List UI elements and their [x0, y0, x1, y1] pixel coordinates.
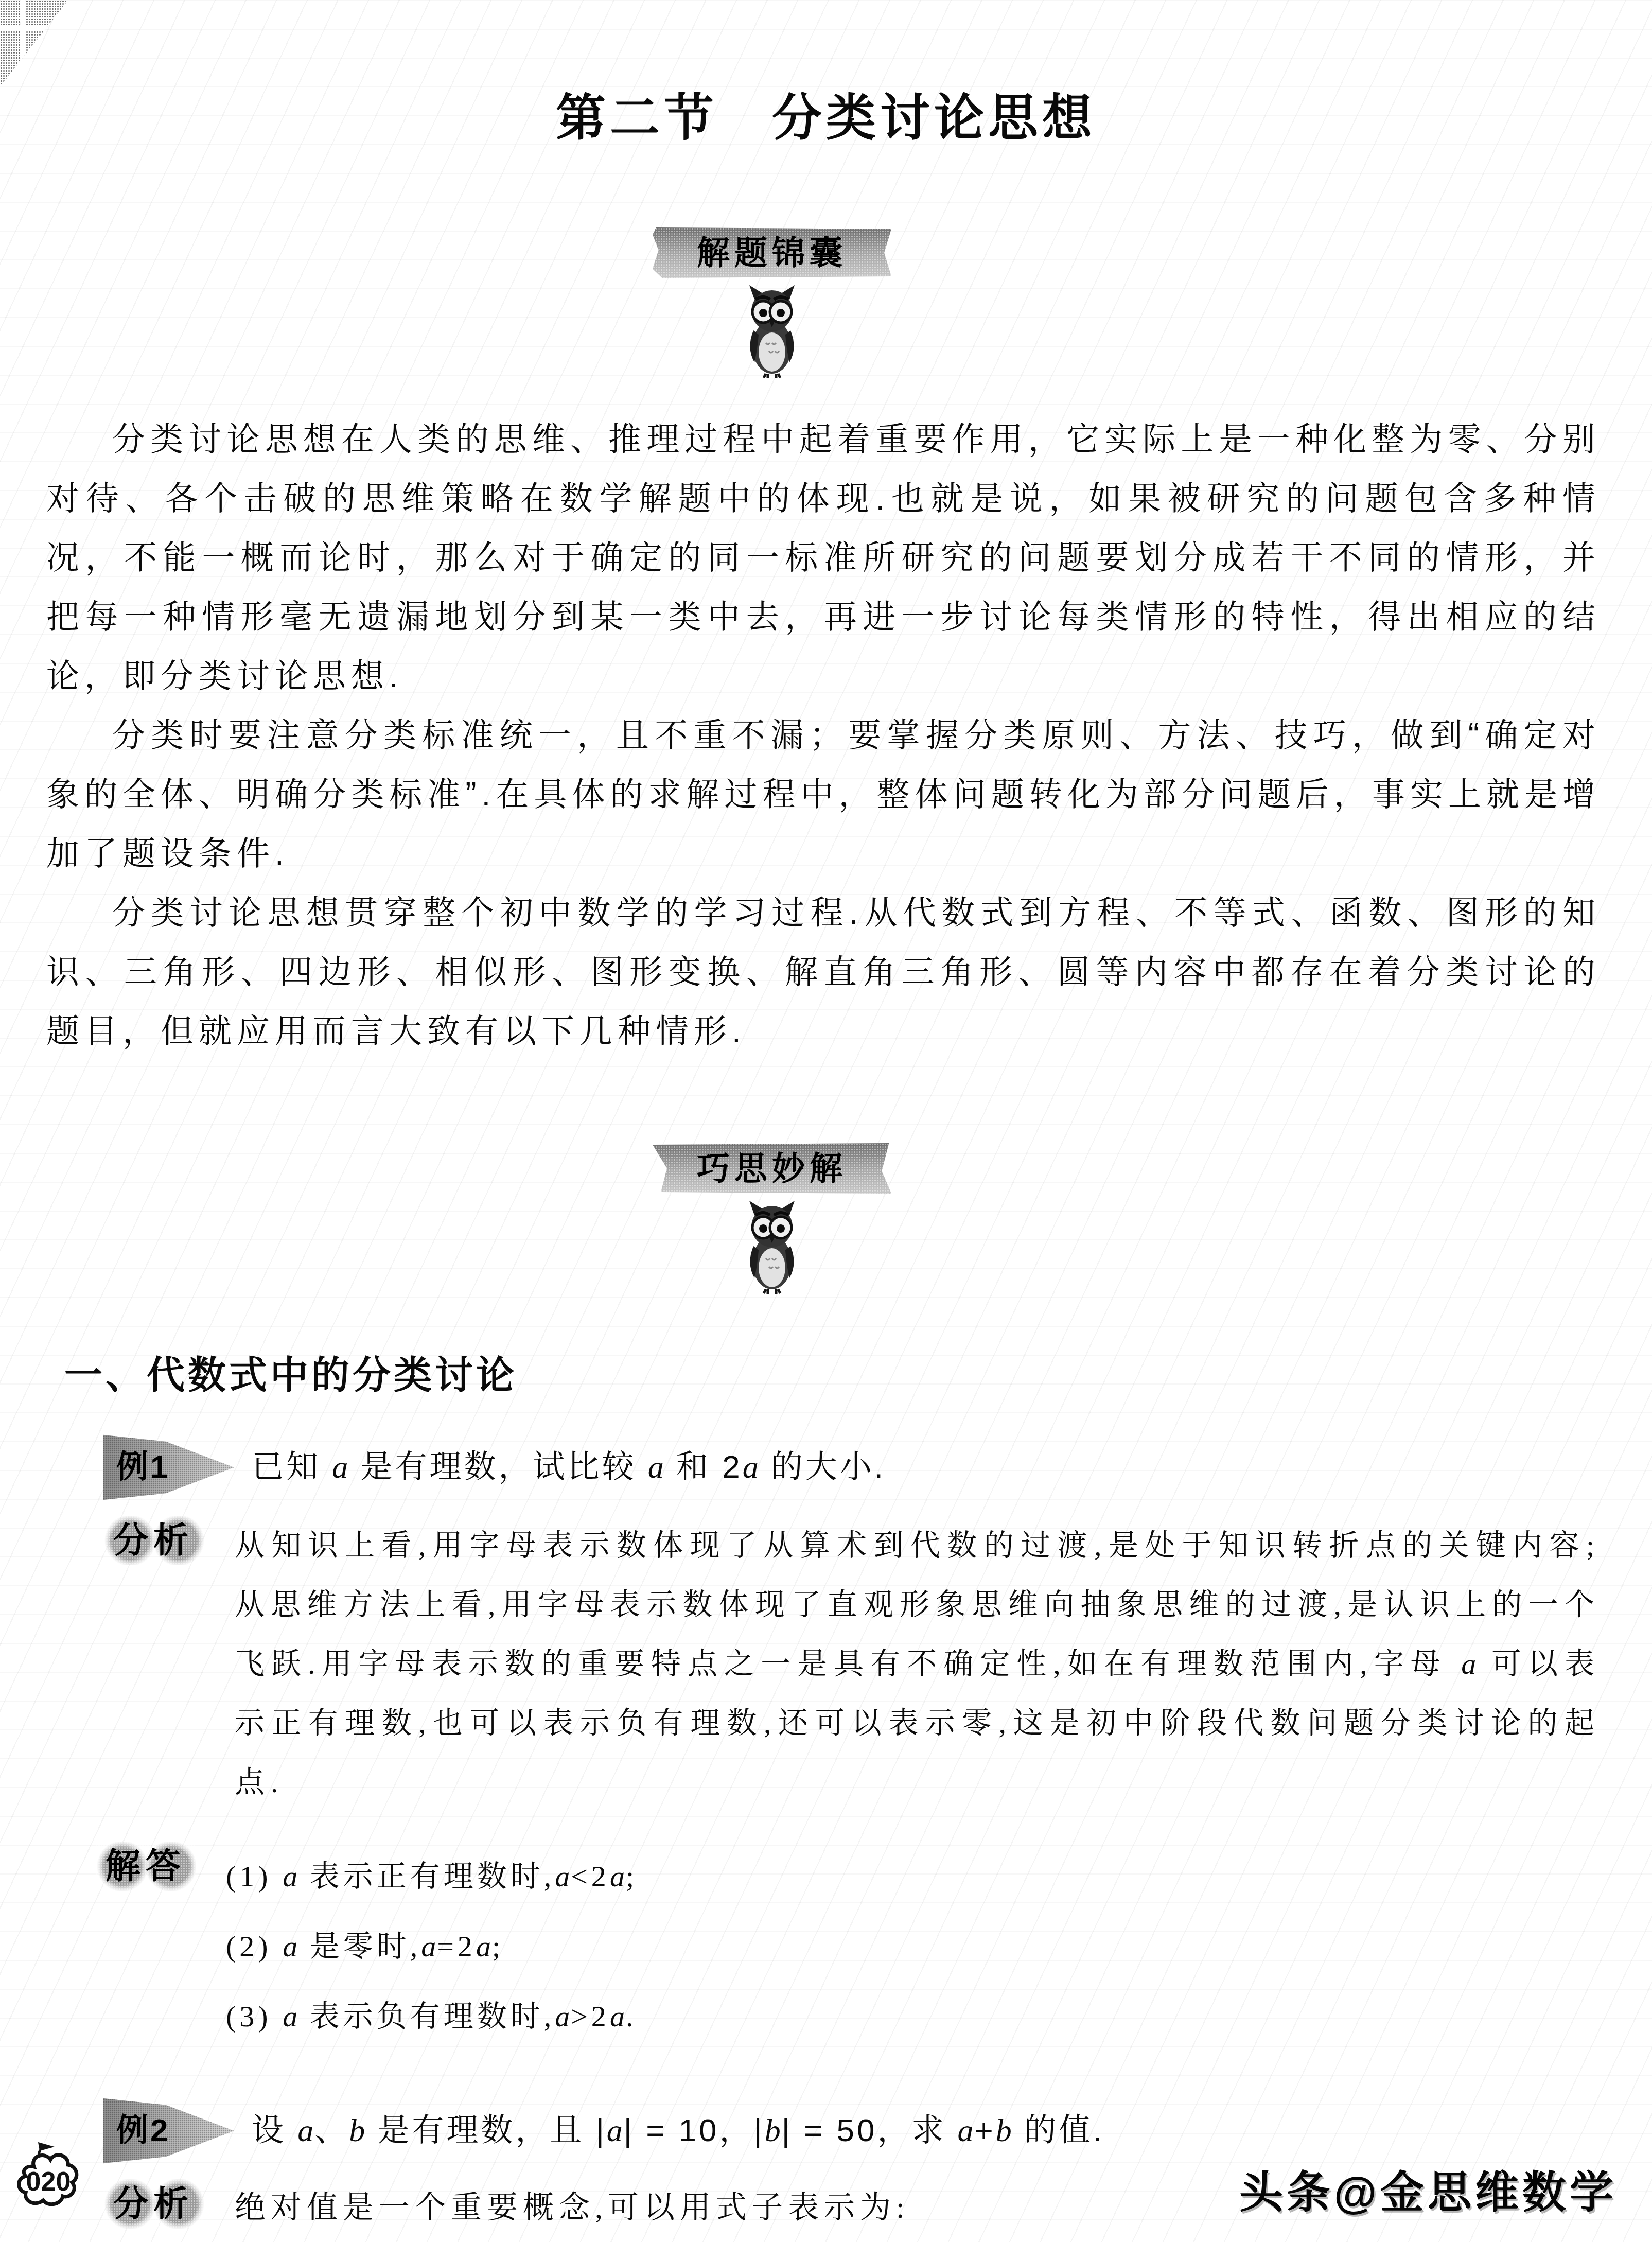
math-var: b: [349, 2113, 366, 2148]
page-number: 020: [26, 2167, 71, 2197]
analysis-badge: 分析: [103, 2179, 204, 2229]
problem-text: 已知: [252, 1449, 332, 1485]
math-var: a: [476, 1930, 492, 1963]
scan-corner-artifact: [0, 0, 71, 89]
problem-text: 和 2: [665, 1449, 743, 1485]
intro-paragraph-1: 分类讨论思想在人类的思维、推理过程中起着重要作用，它实际上是一种化整为零、分别对…: [46, 410, 1601, 706]
solution-text: (1): [226, 1860, 283, 1893]
math-var: a: [607, 2113, 624, 2148]
solution-text: 表示正有理数时,: [298, 1860, 555, 1893]
problem-text: 的大小.: [760, 1449, 886, 1485]
solution-text: <2: [571, 1860, 610, 1893]
textbook-page: 第二节 分类讨论思想 解题锦囊: [0, 0, 1652, 2242]
example2-analysis: 绝对值是一个重要概念,可以用式子表示为:: [235, 2179, 910, 2236]
analysis-text: 从知识上看,用字母表示数体现了从算术到代数的过渡,是处于知识转折点的关键内容;从…: [235, 1529, 1601, 1680]
math-var: a: [421, 1930, 437, 1963]
banner-clever-solutions: 巧思妙解: [653, 1143, 891, 1194]
math-var: a: [610, 1860, 626, 1893]
example1-solution-row: 解答 (1) a 表示正有理数时,a<2a; (2) a 是零时,a=2a; (…: [95, 1842, 1601, 2052]
example2-problem: 设 a、b 是有理数，且 |a| = 10，|b| = 50，求 a+b 的值.: [252, 2097, 1104, 2165]
example2-badge: 例2: [103, 2097, 234, 2165]
owl-icon: [743, 281, 801, 380]
example1-problem: 已知 a 是有理数，试比较 a 和 2a 的大小.: [252, 1433, 886, 1501]
analysis-badge: 分析: [103, 1516, 204, 1565]
example1-row: 例1 已知 a 是有理数，试比较 a 和 2a 的大小.: [103, 1433, 1601, 1501]
corner-gap-horizontal: [0, 26, 71, 30]
page-title: 第二节 分类讨论思想: [0, 77, 1652, 149]
problem-text: 、: [314, 2113, 349, 2148]
math-var: a: [743, 1450, 760, 1485]
page-number-cloud: 020: [11, 2130, 89, 2217]
example1-analysis-row: 分析 从知识上看,用字母表示数体现了从算术到代数的过渡,是处于知识转折点的关键内…: [103, 1516, 1601, 1812]
problem-text: 的值.: [1013, 2113, 1104, 2148]
problem-text: 是有理数，且 |: [366, 2113, 607, 2148]
math-var: a: [283, 1930, 298, 1963]
problem-text: 是有理数，试比较: [349, 1449, 647, 1485]
intro-paragraph-3: 分类讨论思想贯穿整个初中数学的学习过程.从代数式到方程、不等式、函数、图形的知识…: [46, 883, 1601, 1061]
math-var: a: [555, 2000, 571, 2033]
answer-badge: 解答: [95, 1842, 196, 1891]
problem-text: | = 10，|: [624, 2113, 765, 2148]
math-var: a: [555, 1860, 571, 1893]
solution-text: .: [626, 2000, 637, 2033]
math-var: a: [283, 1860, 298, 1893]
owl-icon: [743, 1197, 801, 1295]
math-var: a: [297, 2113, 314, 2148]
watermark: 头条@金思维数学: [1239, 2158, 1617, 2220]
corner-gap-vertical: [21, 0, 25, 89]
example1-badge: 例1: [103, 1433, 234, 1501]
intro-paragraph-2: 分类时要注意分类标准统一，且不重不漏；要掌握分类原则、方法、技巧，做到“确定对象…: [46, 706, 1601, 883]
example1-solution: (1) a 表示正有理数时,a<2a; (2) a 是零时,a=2a; (3) …: [226, 1842, 638, 2052]
tips-banner-group: 解题锦囊: [0, 149, 1598, 380]
math-var: a: [610, 2000, 626, 2033]
solution-line-3: (3) a 表示负有理数时,a>2a.: [226, 1982, 638, 2052]
solution-line-1: (1) a 表示正有理数时,a<2a;: [226, 1842, 638, 1912]
solution-text: =2: [437, 1930, 476, 1963]
solution-line-2: (2) a 是零时,a=2a;: [226, 1912, 638, 1982]
problem-text: | = 50，求: [782, 2113, 958, 2148]
solution-text: ;: [492, 1930, 504, 1963]
math-var: a: [958, 2113, 975, 2148]
problem-text: 设: [252, 2113, 297, 2148]
problem-text: +: [975, 2113, 996, 2148]
clever-banner-group: 巧思妙解: [0, 1061, 1598, 1295]
example1-analysis: 从知识上看,用字母表示数体现了从算术到代数的过渡,是处于知识转折点的关键内容;从…: [235, 1516, 1601, 1812]
solution-text: 是零时,: [298, 1930, 421, 1963]
example2-row: 例2 设 a、b 是有理数，且 |a| = 10，|b| = 50，求 a+b …: [103, 2097, 1601, 2165]
solution-text: (2): [226, 1930, 283, 1963]
solution-text: 表示负有理数时,: [298, 2000, 555, 2033]
math-var: b: [765, 2113, 782, 2148]
solution-text: ;: [626, 1860, 638, 1893]
math-var: a: [1461, 1647, 1477, 1680]
math-var: a: [283, 2000, 298, 2033]
math-var: a: [648, 1450, 665, 1485]
math-var: b: [996, 2113, 1013, 2148]
solution-text: >2: [571, 2000, 610, 2033]
math-var: a: [332, 1450, 349, 1485]
solution-text: (3): [226, 2000, 283, 2033]
section-heading: 一、代数式中的分类讨论: [64, 1345, 1601, 1399]
banner-solving-tips: 解题锦囊: [653, 227, 891, 278]
